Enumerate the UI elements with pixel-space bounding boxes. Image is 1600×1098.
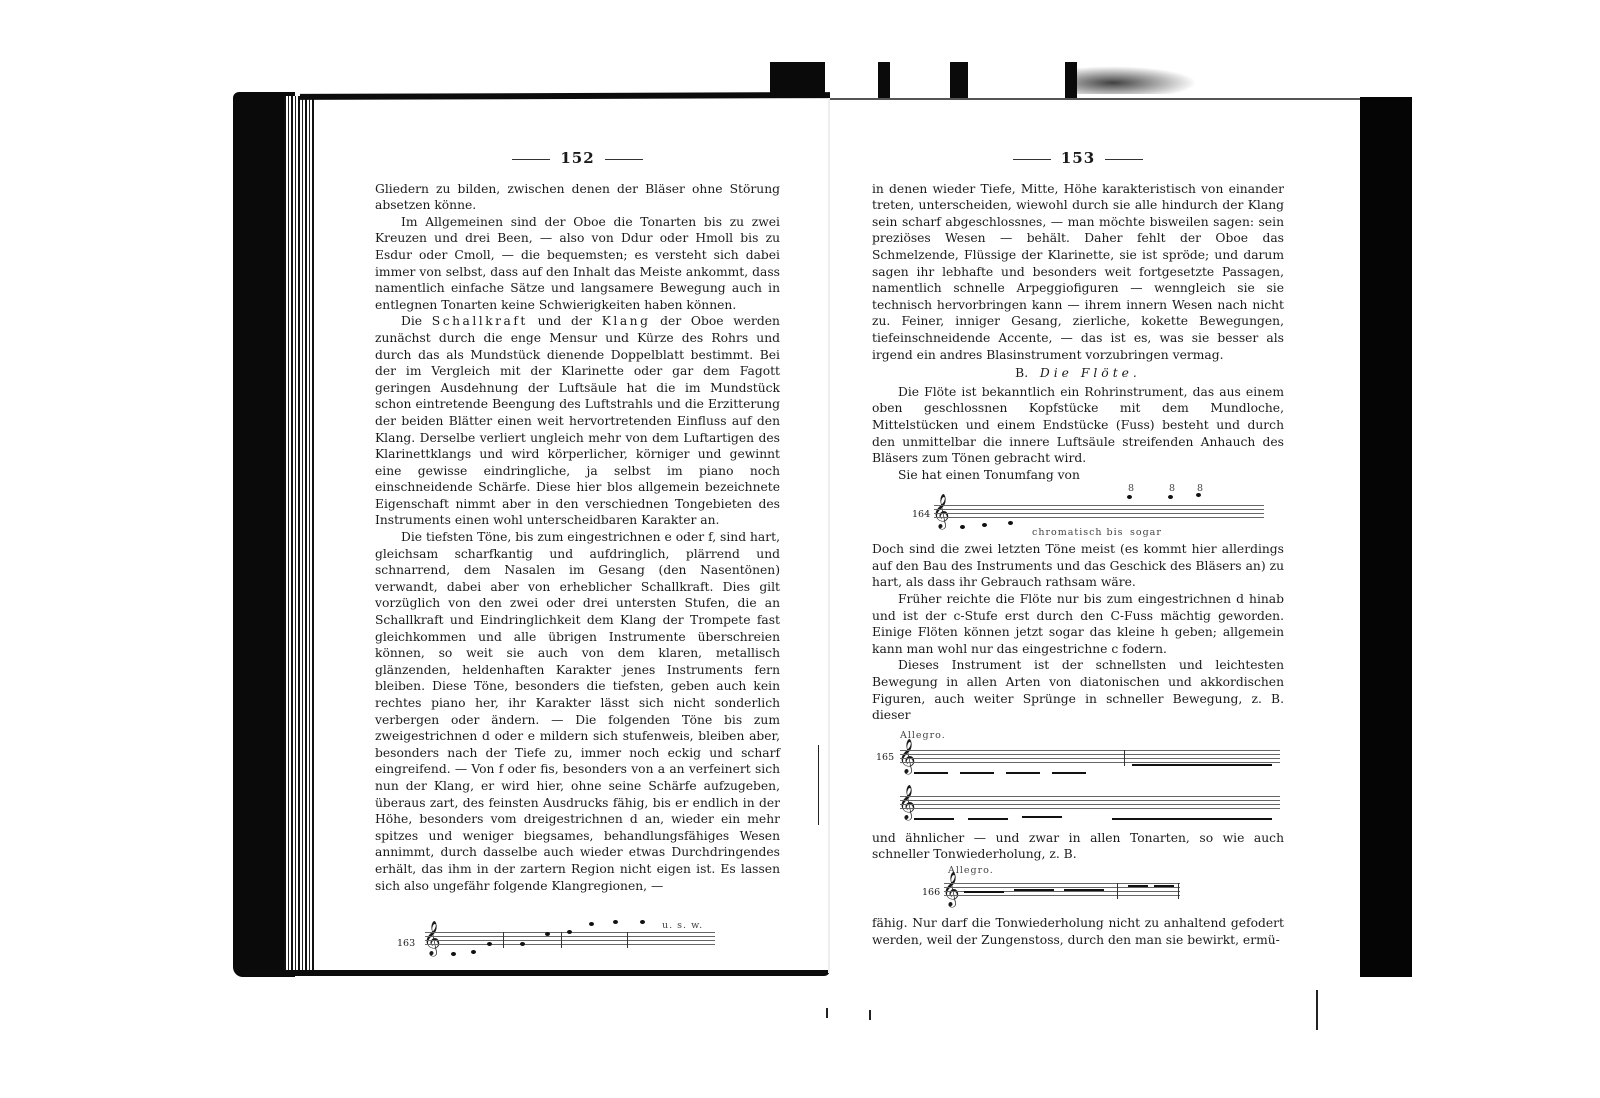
- beam: [914, 772, 948, 774]
- music-example-163: 163 𝄞 u. s. w.: [375, 912, 780, 968]
- page-tab-marker: [950, 62, 968, 98]
- note: [471, 950, 476, 954]
- barline: [627, 932, 628, 948]
- paragraph: und ähnlicher — und zwar in allen Tonart…: [872, 830, 1284, 863]
- page-tab-marker: [1065, 62, 1077, 98]
- paragraph-lead: Die: [401, 314, 422, 328]
- music-label: sogar: [1130, 525, 1162, 542]
- note: [1168, 495, 1173, 499]
- scan-speck: [818, 745, 819, 825]
- paragraph: Sie hat einen Tonumfang von: [872, 467, 1284, 484]
- beam: [1064, 889, 1104, 891]
- paragraph: Die Flöte ist bekanntlich ein Rohrinstru…: [872, 384, 1284, 467]
- note: [982, 523, 987, 527]
- barline: [561, 932, 562, 948]
- book-cover-right: [1360, 97, 1412, 977]
- paragraph: fähig. Nur darf die Tonwiederholung nich…: [872, 915, 1284, 948]
- page-number: 152: [375, 150, 780, 167]
- page-tab-marker: [770, 62, 825, 98]
- beam: [968, 818, 1008, 820]
- note: [451, 952, 456, 956]
- beam: [1128, 885, 1148, 887]
- paragraph: Gliedern zu bilden, zwischen denen der B…: [375, 181, 780, 214]
- music-staff: [934, 505, 1264, 521]
- barline: [1124, 750, 1125, 766]
- right-page: 153 in denen wieder Tiefe, Mitte, Höhe k…: [872, 150, 1284, 948]
- music-example-166: Allegro. 166 𝄞: [872, 865, 1284, 911]
- paragraph: Die Schallkraft und der Klang der Oboe w…: [375, 313, 780, 529]
- paragraph: Früher reichte die Flöte nur bis zum ein…: [872, 591, 1284, 657]
- music-staff: [900, 796, 1280, 812]
- top-edge-right: [830, 98, 1360, 100]
- page-edges: [284, 96, 314, 971]
- paragraph-mid: und der: [538, 314, 592, 328]
- note: [1008, 521, 1013, 525]
- section-title: Die Flöte.: [1040, 366, 1141, 380]
- book-gutter: [828, 98, 830, 973]
- beam: [1154, 885, 1174, 887]
- paragraph: Doch sind die zwei letzten Töne meist (e…: [872, 541, 1284, 591]
- note: [1127, 495, 1132, 499]
- barline: [503, 932, 504, 948]
- scan-speck: [869, 1010, 871, 1020]
- page-number-text: 152: [560, 149, 594, 167]
- beam: [1022, 816, 1062, 818]
- beam: [1006, 772, 1040, 774]
- note: [640, 920, 645, 924]
- example-number: 166: [922, 885, 940, 902]
- note: [589, 922, 594, 926]
- left-page: 152 Gliedern zu bilden, zwischen denen d…: [375, 150, 780, 974]
- note: [613, 920, 618, 924]
- paragraph-body: der Oboe werden zunächst durch die enge …: [375, 314, 780, 527]
- page-tab-marker: [878, 62, 890, 98]
- emphasis-schallkraft: Schallkraft: [432, 314, 528, 328]
- barline: [1117, 883, 1118, 899]
- paragraph: Die tiefsten Töne, bis zum eingestrichne…: [375, 529, 780, 894]
- paragraph: Im Allgemeinen sind der Oboe die Tonarte…: [375, 214, 780, 314]
- page-number-text: 153: [1061, 149, 1095, 167]
- page-number: 153: [872, 150, 1284, 167]
- music-label: chromatisch bis: [1032, 525, 1124, 542]
- example-number: 163: [397, 936, 415, 953]
- music-example-165: Allegro. 165 𝄞 𝄞: [872, 728, 1284, 826]
- beam: [960, 772, 994, 774]
- scan-smudge: [1077, 66, 1197, 94]
- emphasis-klang: Klang: [602, 314, 651, 328]
- paragraph: in denen wieder Tiefe, Mitte, Höhe karak…: [872, 181, 1284, 364]
- beam: [1112, 818, 1272, 820]
- beam: [1014, 889, 1054, 891]
- beam: [964, 891, 1004, 893]
- music-example-164: 164 𝄞 chromatisch bis sogar 8 8 8: [872, 487, 1284, 539]
- beam: [1052, 772, 1086, 774]
- section-heading: B. Die Flöte.: [872, 365, 1284, 382]
- beam: [914, 818, 954, 820]
- note: [960, 525, 965, 529]
- scan-speck: [826, 1008, 828, 1018]
- scan-speck: [1316, 990, 1318, 1030]
- etc-label: u. s. w.: [662, 918, 703, 935]
- section-letter: B.: [1015, 366, 1028, 380]
- top-edge: [300, 92, 830, 100]
- example-number: 164: [912, 507, 930, 524]
- example-number: 165: [876, 750, 894, 767]
- barline: [1178, 883, 1179, 899]
- paragraph: Dieses Instrument ist der schnellsten un…: [872, 657, 1284, 723]
- beam: [1132, 764, 1272, 766]
